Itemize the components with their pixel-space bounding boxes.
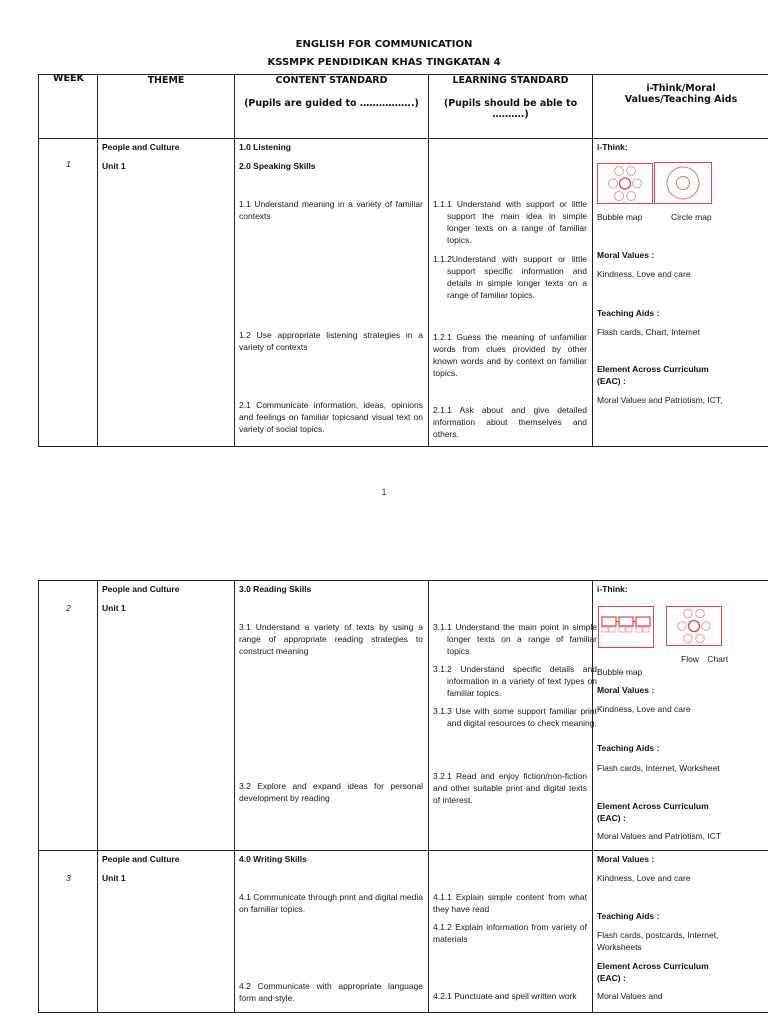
content-standard-item: 1.1 Understand meaning in a variety of f… [239,198,423,222]
ithink-cell: i-Think: Bubble map Circle map [593,139,768,447]
content-standard-item: 4.1 Communicate through print and digita… [239,891,423,915]
content-standard-item: 2.1 Communicate information, ideas, opin… [239,399,423,435]
moral-values-text: Kindness, Love and care [597,703,691,715]
document-title: ENGLISH FOR COMMUNICATION [0,39,768,50]
skill-heading: 3.0 Reading Skills [239,583,311,595]
learning-standard-item: 3.1.2 Understand specific details and in… [433,663,597,699]
week-number: 1 [39,158,98,170]
skill-heading: 1.0 Listening [239,141,291,153]
circle-map-icon [654,162,712,204]
skill-heading: 4.0 Writing Skills [239,853,307,865]
week-cell: 2 [39,581,98,851]
bubble-map-caption: Bubble map [597,666,642,678]
learning-standard-item: 1.2.1 Guess the meaning of unfamiliar wo… [433,331,587,379]
eac-label: Element Across Curriculum (EAC) : [597,800,727,824]
unit-label: Unit 1 [102,872,126,884]
unit-label: Unit 1 [102,160,126,172]
learning-standard-cell: 3.1.1 Understand the main point in simpl… [429,581,593,851]
week-number: 2 [39,602,98,614]
moral-values-label: Moral Values : [597,684,654,696]
content-standard-item: 1.2 Use appropriate listening strategies… [239,329,423,353]
table-row-week-1: 1 People and Culture Unit 1 1.0 Listenin… [39,139,768,447]
bubble-map-caption: Bubble map [597,211,642,223]
teaching-aids-text: Flash cards, Chart, Internet [597,326,700,338]
content-standard-cell: 1.0 Listening 2.0 Speaking Skills 1.1 Un… [235,139,429,447]
scheme-table-page-1: WEEK THEME CONTENT STANDARD(Pupils are g… [38,74,768,447]
week-number: 3 [39,872,98,884]
circle-map-caption: Circle map [671,211,712,223]
eac-label: Element Across Curriculum (EAC) : [597,363,727,387]
scheme-table-page-2: 2 People and Culture Unit 1 3.0 Reading … [38,580,768,1013]
header-content-standard: CONTENT STANDARD(Pupils are guided to ……… [235,75,429,139]
theme-cell: People and Culture Unit 1 [98,581,235,851]
theme-cell: People and Culture Unit 1 [98,139,235,447]
theme-label: People and Culture [102,583,179,595]
eac-text: Moral Values and Patriotism, ICT [597,830,721,842]
teaching-aids-text: Flash cards, Internet, Worksheet [597,762,720,774]
table-row-week-2: 2 People and Culture Unit 1 3.0 Reading … [39,581,768,851]
skill-heading: 2.0 Speaking Skills [239,160,316,172]
header-ithink: i-Think/Moral Values/Teaching Aids [593,75,768,139]
theme-cell: People and Culture Unit 1 [98,851,235,1013]
content-standard-item: 3.1 Understand a variety of texts by usi… [239,621,423,657]
ithink-cell: Moral Values : Kindness, Love and care T… [593,851,768,1013]
flow-map-icon [598,606,654,648]
eac-text: Moral Values and Patriotism, ICT, [597,394,723,406]
header-learning-standard: LEARNING STANDARD(Pupils should be able … [429,75,593,139]
learning-standard-item: 3.1.1 Understand the main point in simpl… [433,621,597,657]
content-standard-cell: 3.0 Reading Skills 3.1 Understand a vari… [235,581,429,851]
ithink-cell: i-Think: [593,581,768,851]
theme-label: People and Culture [102,141,179,153]
eac-label: Element Across Curriculum (EAC) : [597,960,727,984]
header-theme: THEME [98,75,235,139]
flow-chart-caption: Flow Chart [681,653,728,665]
ithink-label: i-Think: [597,583,628,595]
learning-standard-item: 2.1.1 Ask about and give detailed inform… [433,404,587,440]
document-subtitle: KSSMPK PENDIDIKAN KHAS TINGKATAN 4 [0,57,768,68]
learning-standard-cell: 4.1.1 Explain simple content from what t… [429,851,593,1013]
teaching-aids-label: Teaching Aids : [597,910,659,922]
week-cell: 1 [39,139,98,447]
eac-text: Moral Values and [597,990,663,1002]
content-standard-item: 3.2 Explore and expand ideas for persona… [239,780,423,804]
header-week: WEEK [39,75,98,139]
ithink-label: i-Think: [597,141,628,153]
teaching-aids-text: Flash cards, postcards, Internet, Worksh… [597,929,757,953]
teaching-aids-label: Teaching Aids : [597,307,659,319]
moral-values-text: Kindness, Love and care [597,268,691,280]
moral-values-label: Moral Values : [597,249,654,261]
theme-label: People and Culture [102,853,179,865]
unit-label: Unit 1 [102,602,126,614]
bubble-map-icon [666,606,722,646]
learning-standard-item: 4.2.1 Punctuate and spell written work [433,990,577,1002]
learning-standard-cell: 1.1.1 Understand with support or little … [429,139,593,447]
page-number: 1 [0,487,768,497]
week-cell: 3 [39,851,98,1013]
table-row-week-3: 3 People and Culture Unit 1 4.0 Writing … [39,851,768,1013]
content-standard-item: 4.2 Communicate with appropriate languag… [239,980,423,1004]
moral-values-label: Moral Values : [597,853,654,865]
content-standard-cell: 4.0 Writing Skills 4.1 Communicate throu… [235,851,429,1013]
learning-standard-item: 4.1.2 Explain information from variety o… [433,921,587,945]
moral-values-text: Kindness, Love and care [597,872,691,884]
learning-standard-item: 1.1.1 Understand with support or little … [433,198,587,246]
teaching-aids-label: Teaching Aids : [597,742,659,754]
learning-standard-item: 3.1.3 Use with some support familiar pri… [433,705,597,729]
bubble-map-icon [597,163,653,204]
learning-standard-item: 1.1.2Understand with support or little s… [433,253,587,301]
learning-standard-item: 3.2.1 Read and enjoy fiction/non-fiction… [433,770,587,806]
learning-standard-item: 4.1.1 Explain simple content from what t… [433,891,587,915]
